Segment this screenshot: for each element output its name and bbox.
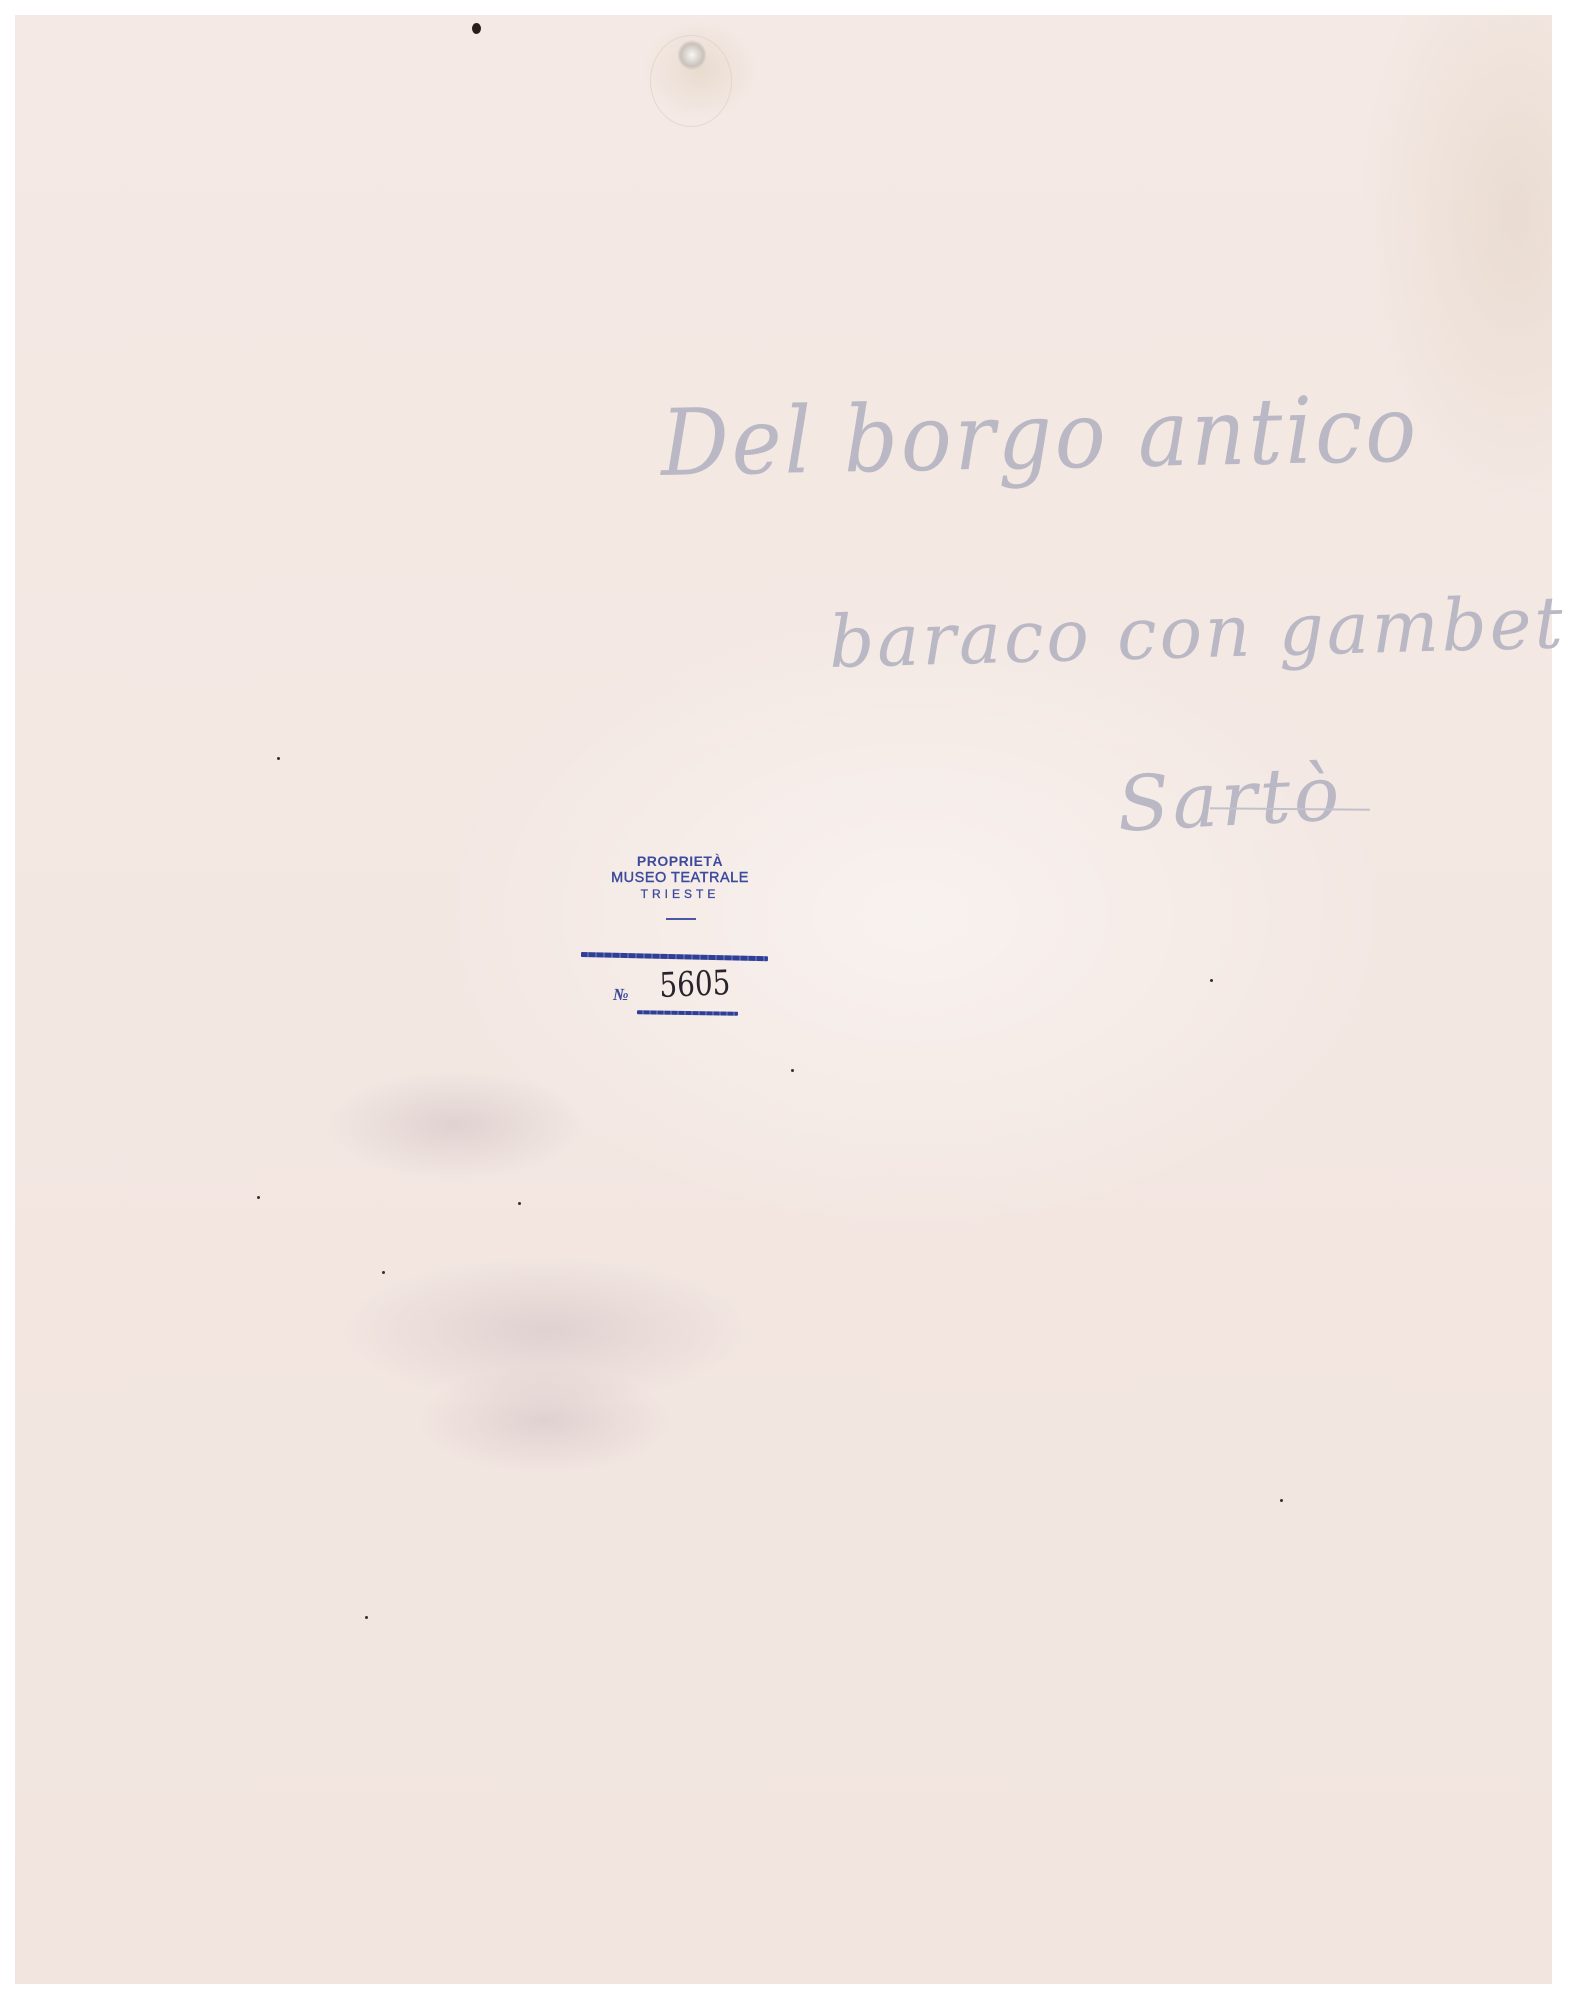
- stamp-city: TRIESTE: [600, 887, 760, 901]
- inventory-number: 5605: [659, 963, 731, 1006]
- document-sheet: [15, 15, 1552, 1984]
- smudge: [325, 1070, 585, 1180]
- numero-sign-icon: №: [613, 985, 629, 1005]
- smudge: [415, 1365, 675, 1475]
- stamp-dash: [666, 918, 696, 920]
- handwritten-signature: Sartò: [1115, 748, 1344, 849]
- stamp-ownership-label: PROPRIETÀ: [590, 853, 770, 869]
- speck: [1210, 979, 1213, 982]
- stamp-museum-name: MUSEO TEATRALE: [582, 870, 778, 886]
- speck: [365, 1616, 368, 1619]
- speck: [277, 757, 280, 760]
- speck: [518, 1202, 521, 1205]
- paper-tear: [678, 40, 706, 70]
- handwritten-title-line1: Del borgo antico: [660, 376, 1420, 497]
- speck: [382, 1271, 385, 1274]
- speck: [257, 1196, 260, 1199]
- speck: [1280, 1499, 1283, 1502]
- pin-hole: [472, 23, 481, 34]
- speck: [791, 1069, 794, 1072]
